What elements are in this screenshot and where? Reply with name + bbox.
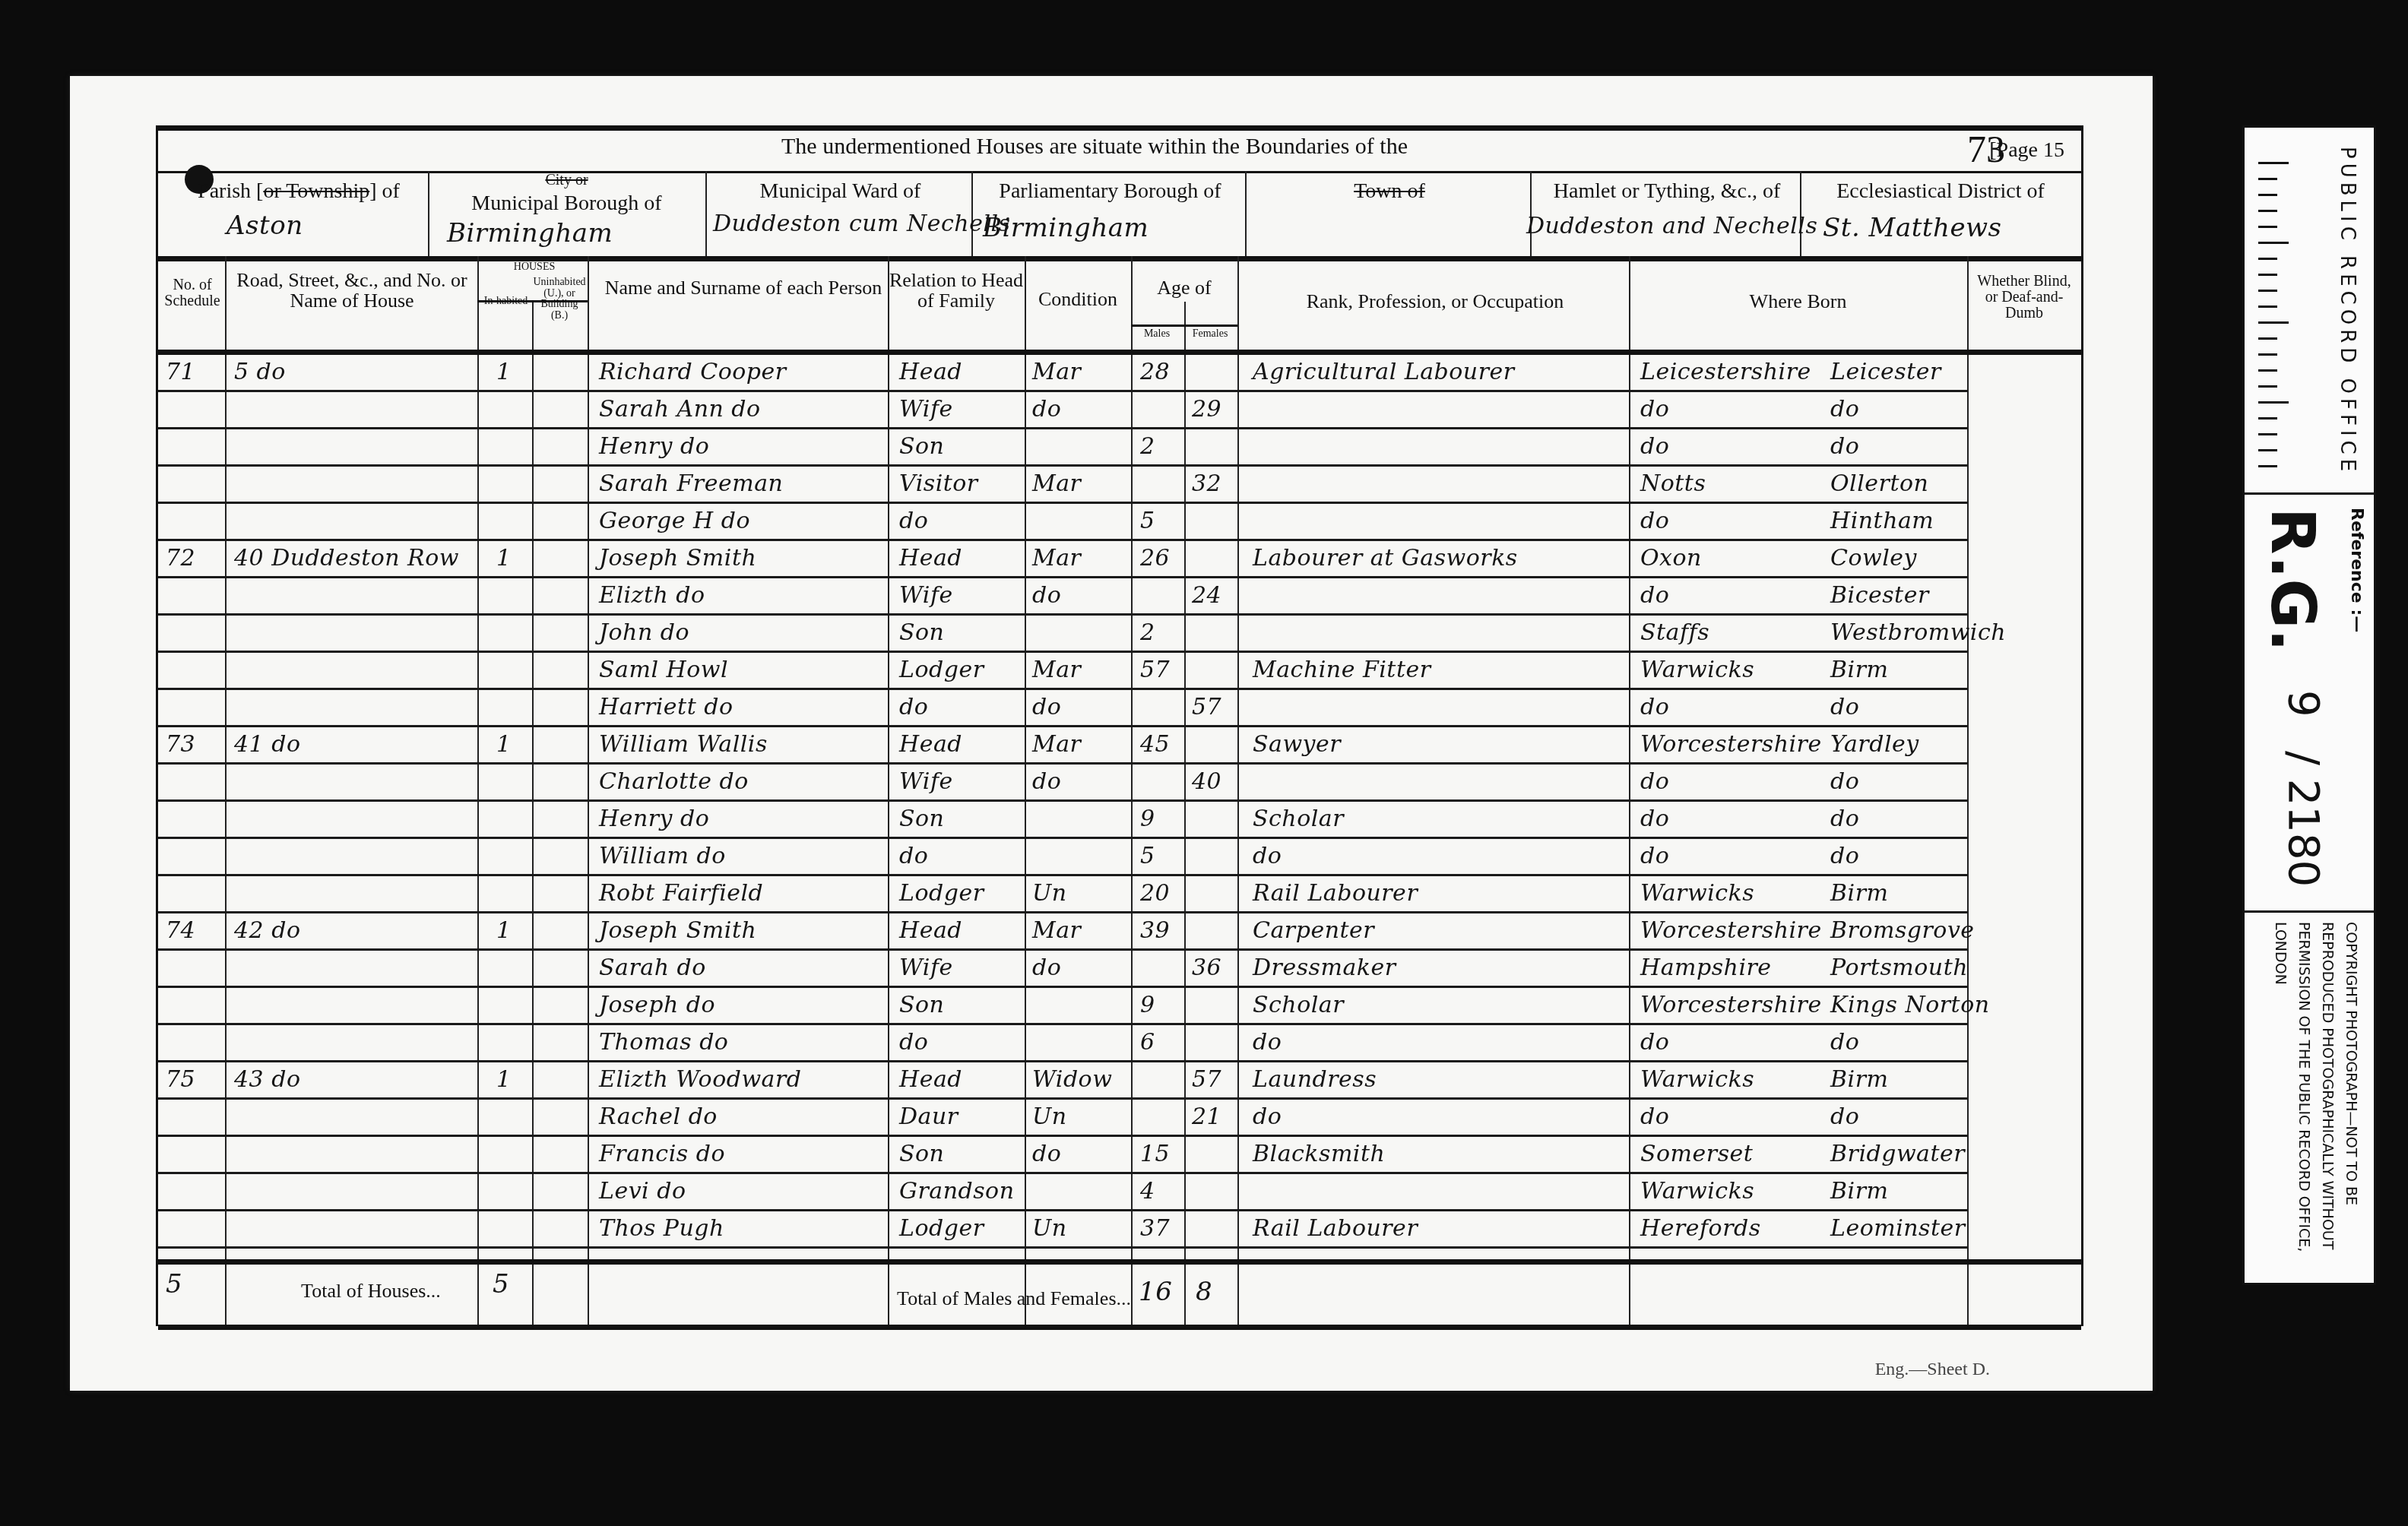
relation: do — [899, 1029, 928, 1056]
inhabited-count: 1 — [496, 545, 512, 571]
row-rule — [158, 1060, 1967, 1062]
col-age: Age of — [1131, 277, 1237, 298]
page-title: The undermentioned Houses are situate wi… — [781, 135, 1408, 159]
col-inhabited: In-habited — [481, 296, 531, 308]
born-county: do — [1640, 582, 1669, 609]
borough-value: Birmingham — [447, 218, 613, 249]
male-age: 6 — [1140, 1029, 1155, 1056]
row-rule — [158, 1172, 1967, 1174]
relation: Son — [899, 806, 944, 832]
born-place: Birm — [1830, 657, 1888, 683]
col-blind: Whether Blind, or Deaf-and-Dumb — [1971, 274, 2077, 321]
female-age: 29 — [1192, 396, 1221, 423]
born-place: Portsmouth — [1830, 955, 1968, 981]
person-name: William Wallis — [599, 731, 768, 758]
row-rule — [158, 725, 1967, 727]
total-houses-value: 5 — [493, 1269, 509, 1300]
schedule-number: 71 — [166, 359, 195, 385]
condition: Mar — [1032, 657, 1081, 683]
rule-totals-top — [158, 1259, 2081, 1265]
total-males: 16 — [1139, 1277, 1172, 1307]
col-uninhabited: Uninhabited (U.), or Building (B.) — [533, 277, 586, 322]
row-rule — [158, 1246, 1967, 1249]
row-rule — [158, 911, 1967, 913]
born-place: Ollerton — [1830, 470, 1928, 497]
person-name: Saml Howl — [599, 657, 728, 683]
row-rule — [158, 948, 1967, 951]
col-road: Road, Street, &c., and No. or Name of Ho… — [230, 270, 474, 312]
male-age: 45 — [1140, 731, 1170, 758]
condition: Mar — [1032, 917, 1081, 944]
col-name: Name and Surname of each Person — [599, 277, 888, 298]
born-place: do — [1830, 806, 1859, 832]
born-county: Leicestershire — [1640, 359, 1811, 385]
total-females: 8 — [1196, 1277, 1212, 1307]
occupation: Carpenter — [1253, 917, 1374, 944]
male-age: 28 — [1140, 359, 1170, 385]
born-place: do — [1830, 1029, 1859, 1056]
born-place: Cowley — [1830, 545, 1917, 571]
col-relation: Relation to Head of Family — [888, 270, 1025, 312]
census-form: The undermentioned Houses are situate wi… — [156, 125, 2083, 1326]
rule-boundaries — [158, 256, 2081, 261]
born-place: Westbromwich — [1830, 619, 2006, 646]
condition: Widow — [1032, 1066, 1112, 1093]
col-condition: Condition — [1025, 289, 1131, 309]
occupation: Rail Labourer — [1253, 880, 1418, 907]
person-name: Elizth Woodward — [599, 1066, 802, 1093]
copyright-notice: COPYRIGHT PHOTOGRAPH—NOT TO BE REPRODUCE… — [2268, 922, 2362, 1256]
born-county: do — [1640, 508, 1669, 534]
relation: Wife — [899, 955, 953, 981]
person-name: Joseph Smith — [599, 917, 756, 944]
row-rule — [158, 390, 1967, 392]
row-rule — [158, 1097, 1967, 1100]
person-name: John do — [599, 619, 689, 646]
person-name: Joseph do — [599, 992, 715, 1018]
occupation: Blacksmith — [1253, 1141, 1385, 1167]
born-place: Birm — [1830, 1178, 1888, 1205]
person-name: William do — [599, 843, 726, 869]
relation: Lodger — [899, 1215, 984, 1242]
row-rule — [158, 539, 1967, 541]
ecclesiastical-value: St. Matthews — [1823, 213, 2002, 243]
col-males: Males — [1131, 329, 1183, 340]
schedule-number: 72 — [166, 545, 195, 571]
column-divider — [477, 256, 479, 1325]
occupation: Laundress — [1253, 1066, 1377, 1093]
born-place: do — [1830, 843, 1859, 869]
relation: Son — [899, 433, 944, 460]
relation: Lodger — [899, 657, 984, 683]
road-address: 40 Duddeston Row — [234, 545, 459, 571]
born-place: Leicester — [1830, 359, 1941, 385]
born-county: Warwicks — [1640, 1066, 1754, 1093]
person-name: Henry do — [599, 806, 709, 832]
ward-value: Duddeston cum Nechells — [713, 211, 1010, 237]
condition: Un — [1032, 1103, 1067, 1130]
occupation: Sawyer — [1253, 731, 1341, 758]
row-rule — [158, 464, 1967, 467]
rule-totals-bottom — [158, 1325, 2081, 1330]
occupation: do — [1253, 1029, 1282, 1056]
male-age: 37 — [1140, 1215, 1170, 1242]
row-rule — [158, 837, 1967, 839]
rule-header — [158, 350, 2081, 355]
born-county: Notts — [1640, 470, 1706, 497]
female-age: 32 — [1192, 470, 1221, 497]
male-age: 57 — [1140, 657, 1170, 683]
condition: do — [1032, 768, 1061, 795]
occupation: Machine Fitter — [1253, 657, 1431, 683]
person-name: Joseph Smith — [599, 545, 756, 571]
person-name: George H do — [599, 508, 750, 534]
person-name: Francis do — [599, 1141, 725, 1167]
male-age: 15 — [1140, 1141, 1170, 1167]
inhabited-count: 1 — [496, 731, 512, 758]
row-rule — [158, 502, 1967, 504]
female-age: 36 — [1192, 955, 1221, 981]
col-occupation: Rank, Profession, or Occupation — [1245, 291, 1625, 312]
row-rule — [158, 874, 1967, 876]
person-name: Sarah Freeman — [599, 470, 783, 497]
condition: do — [1032, 1141, 1061, 1167]
row-rule — [158, 427, 1967, 429]
born-place: Birm — [1830, 1066, 1888, 1093]
male-age: 2 — [1140, 433, 1155, 460]
relation: do — [899, 508, 928, 534]
person-name: Robt Fairfield — [599, 880, 763, 907]
born-place: Leominster — [1830, 1215, 1966, 1242]
person-name: Charlotte do — [599, 768, 749, 795]
town-label-struck: Town of — [1249, 180, 1530, 202]
female-age: 57 — [1192, 694, 1221, 720]
male-age: 9 — [1140, 806, 1155, 832]
male-age: 5 — [1140, 843, 1155, 869]
born-place: do — [1830, 396, 1859, 423]
record-office-name: PUBLIC RECORD OFFICE — [2336, 147, 2359, 476]
col-schedule: No. of Schedule — [162, 277, 223, 309]
hamlet-label: Hamlet or Tything, &c., of — [1534, 180, 1800, 202]
born-county: Worcestershire — [1640, 731, 1822, 758]
born-county: Hampshire — [1640, 955, 1772, 981]
male-age: 4 — [1140, 1178, 1155, 1205]
row-rule — [158, 651, 1967, 653]
column-divider — [588, 256, 589, 1325]
born-county: Worcestershire — [1640, 992, 1822, 1018]
page-label: [Page 15 — [1989, 139, 2064, 161]
condition: do — [1032, 694, 1061, 720]
row-rule — [158, 688, 1967, 690]
record-office-label: PUBLIC RECORD OFFICE Reference :— R.G. 9… — [2242, 125, 2376, 1285]
occupation: Dressmaker — [1253, 955, 1396, 981]
female-age: 21 — [1192, 1103, 1221, 1130]
born-county: Oxon — [1640, 545, 1702, 571]
occupation: Agricultural Labourer — [1253, 359, 1515, 385]
ward-label: Municipal Ward of — [709, 180, 971, 202]
column-divider — [1025, 256, 1026, 1325]
total-schedules: 5 — [166, 1269, 182, 1300]
condition: Mar — [1032, 731, 1081, 758]
occupation: do — [1253, 843, 1282, 869]
column-divider — [1629, 256, 1630, 1325]
condition: Mar — [1032, 359, 1081, 385]
row-rule — [158, 576, 1967, 578]
total-persons-label: Total of Males and Females... — [766, 1288, 1131, 1309]
row-rule — [158, 1135, 1967, 1137]
born-county: Herefords — [1640, 1215, 1761, 1242]
condition: Mar — [1032, 545, 1081, 571]
male-age: 9 — [1140, 992, 1155, 1018]
city-label-struck: City or — [432, 173, 702, 188]
relation: Head — [899, 731, 962, 758]
female-age: 24 — [1192, 582, 1221, 609]
reference-series: R.G. — [2257, 508, 2328, 652]
female-age: 40 — [1192, 768, 1221, 795]
condition: Mar — [1032, 470, 1081, 497]
born-county: do — [1640, 1029, 1669, 1056]
born-county: do — [1640, 396, 1669, 423]
total-houses-label: Total of Houses... — [265, 1281, 477, 1301]
born-county: do — [1640, 843, 1669, 869]
parish-label: Parish [or Township] of — [177, 180, 420, 202]
column-divider — [1131, 256, 1133, 1325]
person-name: Rachel do — [599, 1103, 718, 1130]
parish-value: Aston — [227, 211, 303, 241]
relation: Wife — [899, 582, 953, 609]
male-age: 5 — [1140, 508, 1155, 534]
row-rule — [158, 799, 1967, 802]
male-age: 26 — [1140, 545, 1170, 571]
relation: Lodger — [899, 880, 984, 907]
relation: Son — [899, 1141, 944, 1167]
male-age: 2 — [1140, 619, 1155, 646]
rule-top — [158, 125, 2081, 131]
relation: do — [899, 694, 928, 720]
hamlet-value: Duddeston and Nechells — [1526, 213, 1817, 239]
inhabited-count: 1 — [496, 917, 512, 944]
inhabited-count: 1 — [496, 359, 512, 385]
born-place: Bromsgrove — [1830, 917, 1975, 944]
relation: Son — [899, 619, 944, 646]
row-rule — [158, 986, 1967, 988]
born-county: Staffs — [1640, 619, 1709, 646]
person-name: Levi do — [599, 1178, 686, 1205]
occupation: Labourer at Gasworks — [1253, 545, 1518, 571]
relation: Visitor — [899, 470, 978, 497]
col-females: Females — [1184, 329, 1236, 340]
relation: Head — [899, 359, 962, 385]
condition: do — [1032, 396, 1061, 423]
reference-piece: / 2180 — [2279, 751, 2328, 887]
row-rule — [158, 1209, 1967, 1211]
footer-note: Eng.—Sheet D. — [1875, 1360, 1990, 1379]
person-name: Thos Pugh — [599, 1215, 724, 1242]
born-place: Bicester — [1830, 582, 1929, 609]
row-rule — [158, 1023, 1967, 1025]
born-county: Somerset — [1640, 1141, 1753, 1167]
person-name: Harriett do — [599, 694, 733, 720]
occupation: do — [1253, 1103, 1282, 1130]
col-born: Where Born — [1629, 291, 1967, 312]
born-place: do — [1830, 1103, 1859, 1130]
relation: Grandson — [899, 1178, 1015, 1205]
person-name: Sarah do — [599, 955, 706, 981]
relation: Son — [899, 992, 944, 1018]
parliamentary-value: Birmingham — [983, 213, 1149, 243]
ecclesiastical-label: Ecclesiastical District of — [1804, 180, 2077, 202]
condition: do — [1032, 955, 1061, 981]
born-place: Hintham — [1830, 508, 1934, 534]
born-county: do — [1640, 768, 1669, 795]
row-rule — [158, 762, 1967, 765]
schedule-number: 75 — [166, 1066, 195, 1093]
schedule-number: 74 — [166, 917, 195, 944]
condition: Un — [1032, 1215, 1067, 1242]
born-place: Bridgwater — [1830, 1141, 1965, 1167]
male-age: 20 — [1140, 880, 1170, 907]
relation: Daur — [899, 1103, 958, 1130]
occupation: Scholar — [1253, 992, 1344, 1018]
column-divider — [1967, 256, 1969, 1325]
occupation: Scholar — [1253, 806, 1344, 832]
born-county: do — [1640, 694, 1669, 720]
road-address: 41 do — [234, 731, 300, 758]
born-county: Warwicks — [1640, 1178, 1754, 1205]
col-houses: HOUSES — [481, 262, 588, 274]
condition: do — [1032, 582, 1061, 609]
schedule-number: 73 — [166, 731, 195, 758]
column-divider — [225, 256, 227, 1325]
female-age: 57 — [1192, 1066, 1221, 1093]
relation: Wife — [899, 768, 953, 795]
born-place: Birm — [1830, 880, 1888, 907]
born-county: do — [1640, 1103, 1669, 1130]
borough-label: Municipal Borough of — [432, 192, 702, 214]
reference-label: Reference :— — [2347, 508, 2366, 632]
born-place: do — [1830, 768, 1859, 795]
person-name: Thomas do — [599, 1029, 728, 1056]
row-rule — [158, 613, 1967, 616]
born-county: do — [1640, 806, 1669, 832]
occupation: Rail Labourer — [1253, 1215, 1418, 1242]
born-county: Warwicks — [1640, 657, 1754, 683]
relation: Head — [899, 917, 962, 944]
road-address: 5 do — [234, 359, 286, 385]
relation: Head — [899, 1066, 962, 1093]
born-county: Worcestershire — [1640, 917, 1822, 944]
relation: Wife — [899, 396, 953, 423]
person-name: Elizth do — [599, 582, 705, 609]
person-name: Sarah Ann do — [599, 396, 761, 423]
column-divider — [1237, 256, 1239, 1325]
column-divider — [888, 256, 889, 1325]
road-address: 43 do — [234, 1066, 300, 1093]
born-place: do — [1830, 694, 1859, 720]
born-county: Warwicks — [1640, 880, 1754, 907]
reference-class: 9 — [2279, 690, 2328, 717]
person-name: Henry do — [599, 433, 709, 460]
relation: do — [899, 843, 928, 869]
born-place: Yardley — [1830, 731, 1919, 758]
condition: Un — [1032, 880, 1067, 907]
inhabited-count: 1 — [496, 1066, 512, 1093]
born-county: do — [1640, 433, 1669, 460]
parliamentary-label: Parliamentary Borough of — [975, 180, 1245, 202]
born-place: do — [1830, 433, 1859, 460]
male-age: 39 — [1140, 917, 1170, 944]
road-address: 42 do — [234, 917, 300, 944]
relation: Head — [899, 545, 962, 571]
person-name: Richard Cooper — [599, 359, 787, 385]
born-place: Kings Norton — [1830, 992, 1990, 1018]
